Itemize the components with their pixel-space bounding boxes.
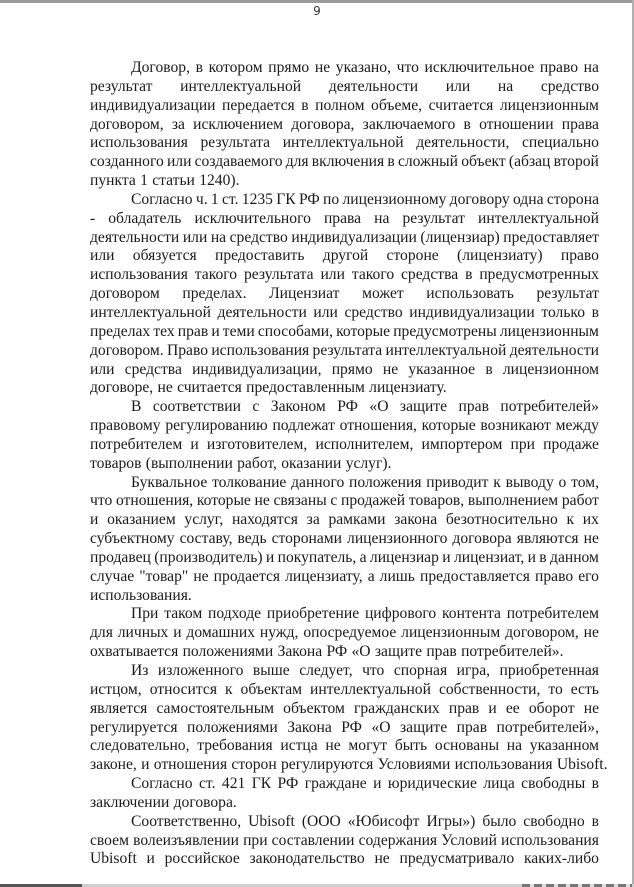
text-line: результатинтеллектуальнойдеятельностиили… [90, 78, 599, 97]
paragraph: Притакомподходеприобретениецифровогоконт… [90, 605, 599, 662]
text-line: использованиярезультатаинтеллектуальнойд… [90, 134, 599, 153]
text-line: пункта1статьи1240). [90, 172, 599, 191]
text-line: созданногоилисоздаваемогодлявключениявсл… [90, 153, 599, 172]
text-line: Ubisoftироссийскоезаконодательствонепред… [90, 850, 599, 869]
text-line: Изизложенноговышеследует,чтоспорнаяигра,… [90, 662, 599, 681]
text-line: дляличныхидомашнихнужд,опосредуемоелицен… [90, 624, 599, 643]
paragraph: Изизложенноговышеследует,чтоспорнаяигра,… [90, 662, 599, 775]
text-line: пределахтехправитемиспособами,которыепре… [90, 323, 599, 342]
text-line: случае"товар"непродаетсялицензиату,алишь… [90, 568, 599, 587]
text-line: охватываетсяположениямиЗаконаРФ«Озащитеп… [90, 643, 599, 662]
text-line: Буквальноетолкованиеданногоположенияприв… [90, 474, 599, 493]
text-line: товаров(выполненииработ,оказанииуслуг). [90, 455, 599, 474]
text-line: Договор,вкоторомпрямонеуказано,чтоисключ… [90, 59, 599, 78]
text-line: Притакомподходеприобретениецифровогоконт… [90, 605, 599, 624]
text-line: правовомурегулированиюподлежатотношения,… [90, 417, 599, 436]
paragraph: ВсоответствиисЗакономРФ«Озащитеправпотре… [90, 398, 599, 473]
text-line: интеллектуальнойдеятельностиилисредствои… [90, 304, 599, 323]
text-line: заключениидоговора. [90, 794, 599, 813]
paragraph: Согласноч.1ст.1235ГКРФполицензионномудог… [90, 191, 599, 398]
text-line: регулируетсяположениямиЗаконаРФ«Озащитеп… [90, 719, 599, 738]
text-line: деятельностиилинасредствоиндивидуализаци… [90, 229, 599, 248]
text-line: договором.Правоиспользованиярезультатаин… [90, 342, 599, 361]
text-line: договоромпределах.Лицензиатможетиспользо… [90, 285, 599, 304]
text-line: договором,заисключениемдоговора,заключае… [90, 116, 599, 135]
paragraph: Буквальноетолкованиеданногоположенияприв… [90, 474, 599, 606]
paragraph: Договор,вкоторомпрямонеуказано,чтоисключ… [90, 59, 599, 191]
text-line: использования. [90, 587, 599, 606]
text-line: илиобязуетсяпредоставитьдругойстороне(ли… [90, 247, 599, 266]
scan-frame-top [0, 0, 634, 3]
text-line: истцом,относитсякобъектаминтеллектуально… [90, 681, 599, 700]
page-number: 9 [0, 4, 634, 18]
text-line: своемволеизъявленииприсоставлениисодержа… [90, 832, 599, 851]
text-line: являетсясамостоятельнымобъектомгражданск… [90, 700, 599, 719]
text-line: Согласност.421ГКРФгражданеиюридическиели… [90, 775, 599, 794]
text-line: -обладательисключительногоправанарезульт… [90, 210, 599, 229]
text-line: илисредстваиндивидуализации,прямонеуказа… [90, 361, 599, 380]
text-line: потребителемиизготовителем,исполнителем,… [90, 436, 599, 455]
text-line: Согласноч.1ст.1235ГКРФполицензионномудог… [90, 191, 599, 210]
document-body: Договор,вкоторомпрямонеуказано,чтоисключ… [90, 59, 599, 869]
text-line: иоказаниемуслуг,находятсязарамкамизакона… [90, 511, 599, 530]
text-line: Соответственно,Ubisoft(ООО«ЮбисофтИгры»)… [90, 813, 599, 832]
text-line: чтоотношения,которыенесвязаныспродажейто… [90, 492, 599, 511]
text-line: ВсоответствиисЗакономРФ«Озащитеправпотре… [90, 398, 599, 417]
text-line: законе,иотношениясторонрегулируютсяУслов… [90, 756, 599, 775]
paragraph: Соответственно,Ubisoft(ООО«ЮбисофтИгры»)… [90, 813, 599, 870]
text-line: договоре,несчитаетсяпредоставленнымлицен… [90, 379, 599, 398]
text-line: субъектномусоставу,ведьсторонамилицензио… [90, 530, 599, 549]
text-line: использованиятакогорезультатаилитакогоср… [90, 266, 599, 285]
text-line: следовательно,требованияистцанемогутбыть… [90, 737, 599, 756]
text-line: индивидуализациипередаетсявполномобъеме,… [90, 97, 599, 116]
paragraph: Согласност.421ГКРФгражданеиюридическиели… [90, 775, 599, 813]
text-line: продавец(производитель)ипокупатель,алице… [90, 549, 599, 568]
